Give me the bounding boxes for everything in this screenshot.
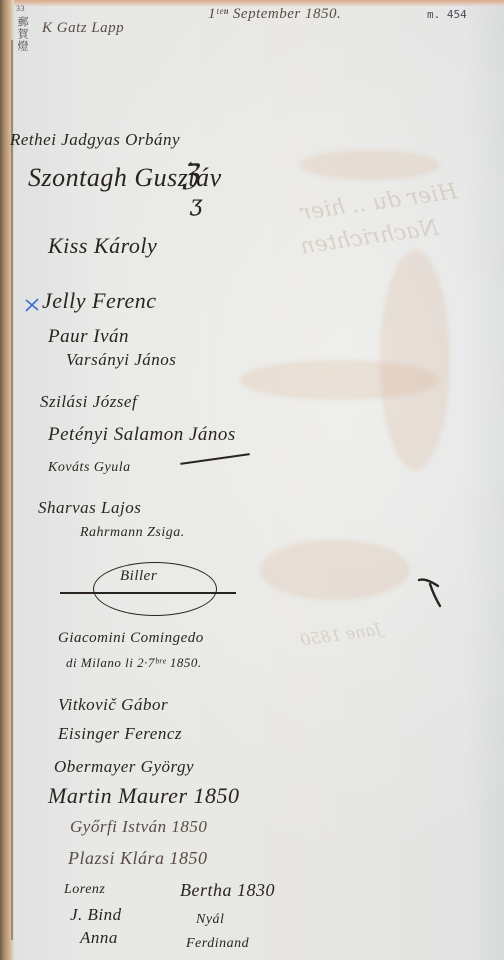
paper-stain bbox=[260, 540, 410, 600]
stamp-text: 郵賀燈 bbox=[16, 16, 29, 52]
signature-entry: Szilási József bbox=[40, 392, 137, 412]
blue-cross-mark-icon bbox=[24, 297, 40, 313]
paper-stain bbox=[380, 250, 450, 470]
signature-entry: Rethei Jadgyas Orbány bbox=[10, 130, 180, 150]
signature-entry: di Milano li 2·7ᵇʳᵉ 1850. bbox=[66, 655, 202, 671]
binding-fold bbox=[11, 40, 13, 940]
signature-entry: Jelly Ferenc bbox=[42, 288, 157, 314]
paper-stain bbox=[300, 150, 440, 180]
signature-underline bbox=[60, 592, 236, 594]
signature-entry: Ferdinand bbox=[186, 936, 249, 952]
header-date: 1ᵗᵉⁿ September 1850. bbox=[208, 6, 341, 23]
signature-entry: Eisinger Ferencz bbox=[58, 724, 182, 744]
header-name: K Gatz Lapp bbox=[42, 20, 124, 37]
signature-entry: Petényi Salamon János bbox=[48, 424, 236, 446]
stamp-prefix: 33 bbox=[16, 4, 25, 13]
signature-entry: Rahrmann Zsiga. bbox=[80, 525, 185, 541]
signature-entry: Sharvas Lajos bbox=[38, 498, 141, 518]
signature-entry: Anna bbox=[80, 928, 118, 948]
signature-entry: Bertha 1830 bbox=[180, 880, 275, 901]
signature-entry: Martin Maurer 1850 bbox=[48, 783, 240, 809]
signature-entry: Lorenz bbox=[64, 882, 105, 898]
signature-entry: Nyál bbox=[196, 912, 224, 928]
bleed-through-text: Jane 1850 bbox=[299, 619, 382, 649]
signature-entry: Varsányi János bbox=[66, 350, 176, 370]
signature-entry: Biller bbox=[120, 568, 157, 585]
signature-flourish: ℨ bbox=[180, 158, 199, 193]
signature-entry: J. Bind bbox=[70, 905, 122, 925]
page-number: m. 454 bbox=[427, 8, 467, 21]
ink-mark-icon bbox=[416, 574, 444, 610]
signature-entry: Obermayer György bbox=[54, 757, 194, 777]
signature-entry: Kováts Gyula bbox=[48, 460, 131, 476]
document-page: Hier du .. hier Nachrichten Jane 1850 33… bbox=[0, 0, 504, 960]
signature-entry: Paur Iván bbox=[48, 326, 129, 348]
signature-underline bbox=[180, 453, 250, 464]
signature-entry: Giacomini Comingedo bbox=[58, 630, 204, 647]
signature-entry: Győrfi István 1850 bbox=[70, 817, 207, 837]
signature-entry: Plazsi Klára 1850 bbox=[68, 848, 208, 869]
signature-entry: Vitkovič Gábor bbox=[58, 695, 168, 715]
signature-flourish: ʒ bbox=[190, 192, 202, 217]
signature-entry: Kiss Károly bbox=[48, 233, 157, 259]
